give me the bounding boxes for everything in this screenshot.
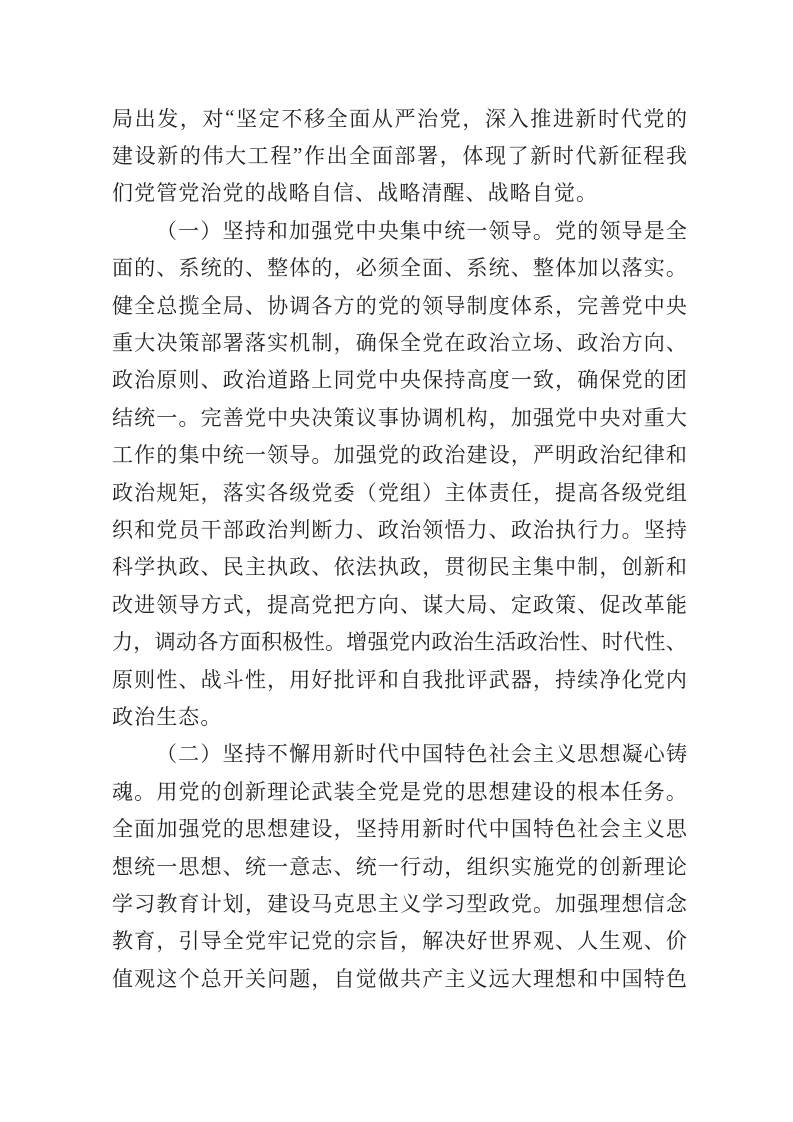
document-line: 健全总揽全局、协调各方的党的领导制度体系，完善党中央 xyxy=(112,286,687,323)
document-line: 织和党员干部政治判断力、政治领悟力、政治执行力。坚持 xyxy=(112,510,687,547)
document-line: 科学执政、民主执政、依法执政，贯彻民主集中制，创新和 xyxy=(112,548,687,585)
document-line: 重大决策部署落实机制，确保全党在政治立场、政治方向、 xyxy=(112,323,687,360)
document-line-section-2-heading: （二）坚持不懈用新时代中国特色社会主义思想凝心铸 xyxy=(112,735,687,772)
document-line: 政治规矩，落实各级党委（党组）主体责任，提高各级党组 xyxy=(112,473,687,510)
document-line: 力，调动各方面积极性。增强党内政治生活政治性、时代性、 xyxy=(112,622,687,659)
document-line: 魂。用党的创新理论武装全党是党的思想建设的根本任务。 xyxy=(112,772,687,809)
document-line: 工作的集中统一领导。加强党的政治建设，严明政治纪律和 xyxy=(112,436,687,473)
document-line: 建设新的伟大工程”作出全面部署，体现了新时代新征程我 xyxy=(112,136,687,173)
document-line: 政治原则、政治道路上同党中央保持高度一致，确保党的团 xyxy=(112,361,687,398)
document-line: 面的、系统的、整体的，必须全面、系统、整体加以落实。 xyxy=(112,249,687,286)
document-line: 结统一。完善党中央决策议事协调机构，加强党中央对重大 xyxy=(112,398,687,435)
document-line: 全面加强党的思想建设，坚持用新时代中国特色社会主义思 xyxy=(112,809,687,846)
document-line: 想统一思想、统一意志、统一行动，组织实施党的创新理论 xyxy=(112,847,687,884)
document-line-section-1-heading: （一）坚持和加强党中央集中统一领导。党的领导是全 xyxy=(112,211,687,248)
document-line: 学习教育计划，建设马克思主义学习型政党。加强理想信念 xyxy=(112,884,687,921)
document-page: 局出发，对“坚定不移全面从严治党，深入推进新时代党的 建设新的伟大工程”作出全面… xyxy=(0,0,793,1122)
document-line: 教育，引导全党牢记党的宗旨，解决好世界观、人生观、价 xyxy=(112,922,687,959)
document-line: 们党管党治党的战略自信、战略清醒、战略自觉。 xyxy=(112,174,687,211)
document-line: 改进领导方式，提高党把方向、谋大局、定政策、促改革能 xyxy=(112,585,687,622)
document-line: 政治生态。 xyxy=(112,697,687,734)
document-line: 原则性、战斗性，用好批评和自我批评武器，持续净化党内 xyxy=(112,660,687,697)
document-line: 局出发，对“坚定不移全面从严治党，深入推进新时代党的 xyxy=(112,99,687,136)
document-line: 值观这个总开关问题，自觉做共产主义远大理想和中国特色 xyxy=(112,959,687,996)
